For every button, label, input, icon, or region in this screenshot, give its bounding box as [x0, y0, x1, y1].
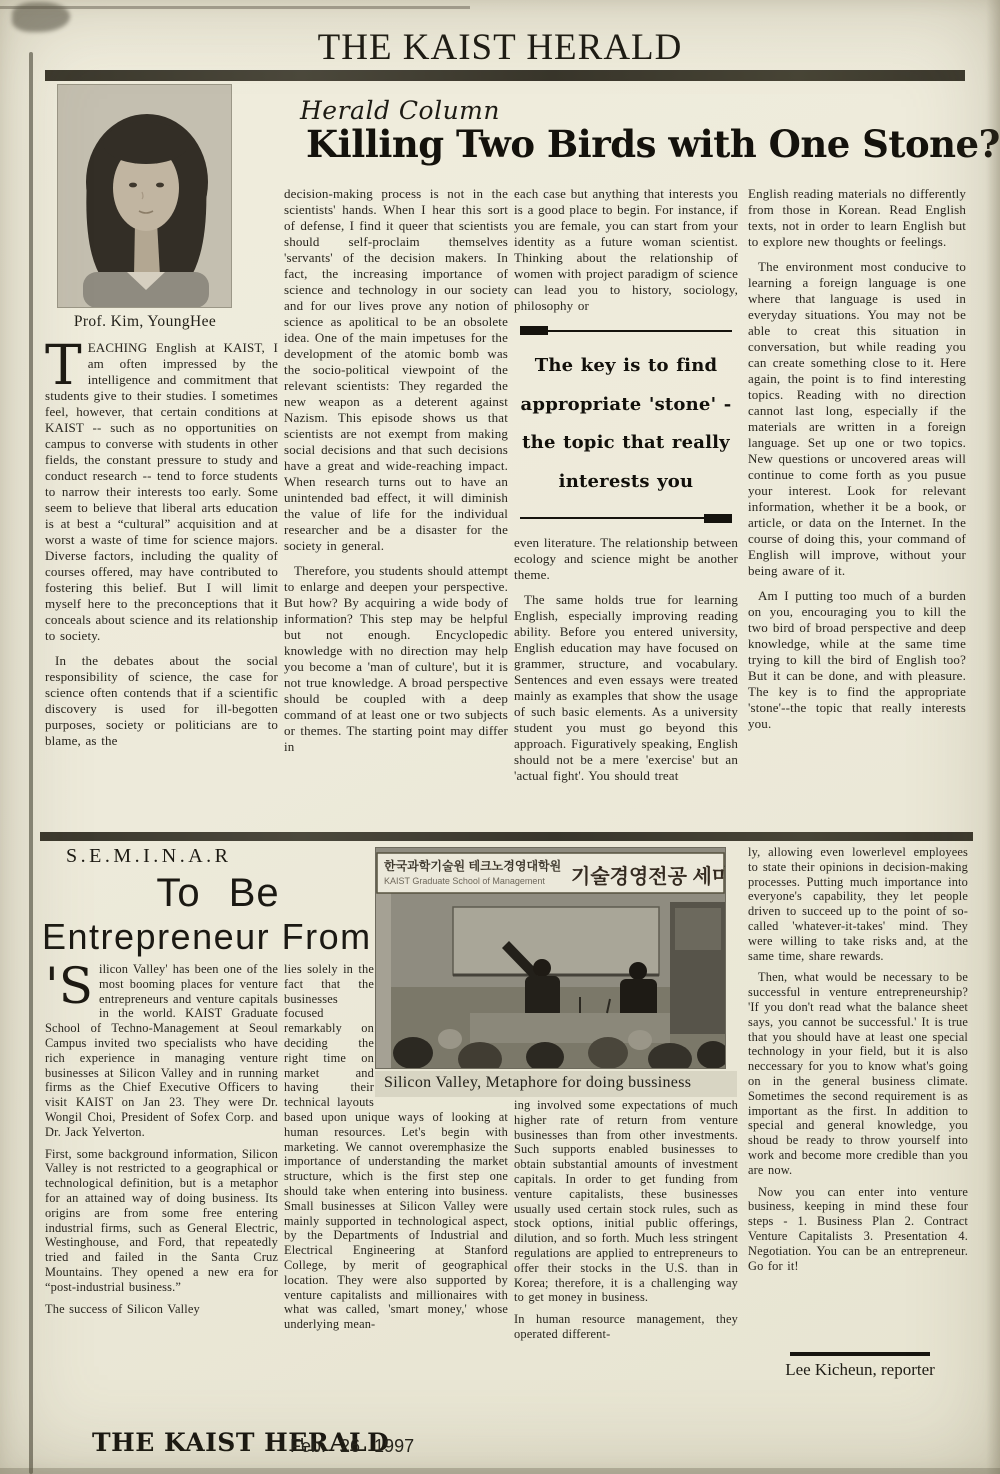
article-paragraph: In the debates about the social responsi… [45, 653, 278, 749]
pull-quote-rule-top [520, 326, 732, 335]
article-paragraph: First, some background information, Sili… [45, 1147, 278, 1295]
seminar-kicker: S.E.M.I.N.A.R [66, 845, 232, 868]
portrait-illustration [57, 84, 232, 308]
section-divider-rule [40, 832, 973, 841]
article-paragraph: The environment most conducive to learni… [748, 259, 966, 579]
article-paragraph: TEACHING English at KAIST, I am often im… [45, 340, 278, 644]
article-column-2: decision-making process is not in the sc… [284, 186, 508, 834]
article-paragraph: The same holds true for learning English… [514, 592, 738, 784]
masthead-rule [45, 70, 965, 81]
portrait-photo [57, 84, 232, 308]
portrait-caption: Prof. Kim, YoungHee [45, 313, 245, 331]
article-paragraph: decision-making process is not in the sc… [284, 186, 508, 554]
article-paragraph: Am I putting too much of a burden on you… [748, 588, 966, 732]
banner-korean-main: 한국과학기술원 테크노경영대학원 [383, 858, 561, 873]
scan-artifact-top-line [0, 6, 470, 9]
seminar-column-2: lies solely in the fact that the busines… [284, 962, 508, 1430]
banner-english: KAIST Graduate School of Management [384, 876, 545, 886]
drop-cap: T [45, 340, 88, 387]
article-paragraph: ing involved some expectations of much h… [514, 1098, 738, 1305]
seminar-column-3: ing involved some expectations of much h… [514, 1098, 738, 1430]
article-column-3: each case but anything that interests yo… [514, 186, 738, 834]
article-paragraph: 'Silicon Valley' has been one of the mos… [45, 962, 278, 1140]
article-paragraph: even literature. The relationship betwee… [514, 535, 738, 583]
article-paragraph: Now you can enter into venture business,… [748, 1185, 968, 1274]
seminar-headline-line1: To Be [60, 871, 376, 916]
article-column-1: TEACHING English at KAIST, I am often im… [45, 340, 278, 832]
byline-rule [790, 1352, 930, 1356]
article-paragraph: Then, what would be necessary to be succ… [748, 970, 968, 1177]
article-paragraph: Therefore, you students should attempt t… [284, 563, 508, 755]
article-column-4: English reading materials no differently… [748, 186, 966, 828]
column-kicker: Herald Column [300, 96, 500, 125]
footer-date: Feb. 26 1997 [290, 1436, 414, 1457]
banner-korean-right: 기술경영전공 세미나 [571, 864, 726, 888]
pull-quote: The key is to find appropriate 'stone' -… [516, 347, 736, 502]
masthead-title: THE KAIST HERALD [0, 26, 1000, 69]
seminar-headline-line2: Entrepreneur From [42, 916, 382, 958]
article-paragraph: ly, allowing even lowerlevel employees t… [748, 845, 968, 963]
scan-artifact-left-line [29, 52, 33, 1474]
pull-quote-rule-bottom [520, 514, 732, 523]
article-paragraph: each case but anything that interests yo… [514, 186, 738, 314]
byline: Lee Kicheun, reporter [748, 1360, 972, 1380]
seminar-column-4: ly, allowing even lowerlevel employees t… [748, 845, 968, 1353]
seminar-column-1: 'Silicon Valley' has been one of the mos… [45, 962, 278, 1424]
article-paragraph: English reading materials no differently… [748, 186, 966, 250]
article-paragraph: The success of Silicon Valley [45, 1302, 278, 1317]
article-paragraph: In human resource management, they opera… [514, 1312, 738, 1342]
newspaper-page: THE KAIST HERALD Prof. Kim, YoungHee Her… [0, 0, 1000, 1474]
photo-wrap-spacer [374, 962, 508, 1108]
article-headline: Killing Two Birds with One Stone? [306, 122, 968, 166]
scan-artifact-bottom-shade [0, 1468, 1000, 1474]
drop-cap: 'S [45, 962, 99, 1007]
scan-artifact-right-shade [986, 0, 1000, 1474]
